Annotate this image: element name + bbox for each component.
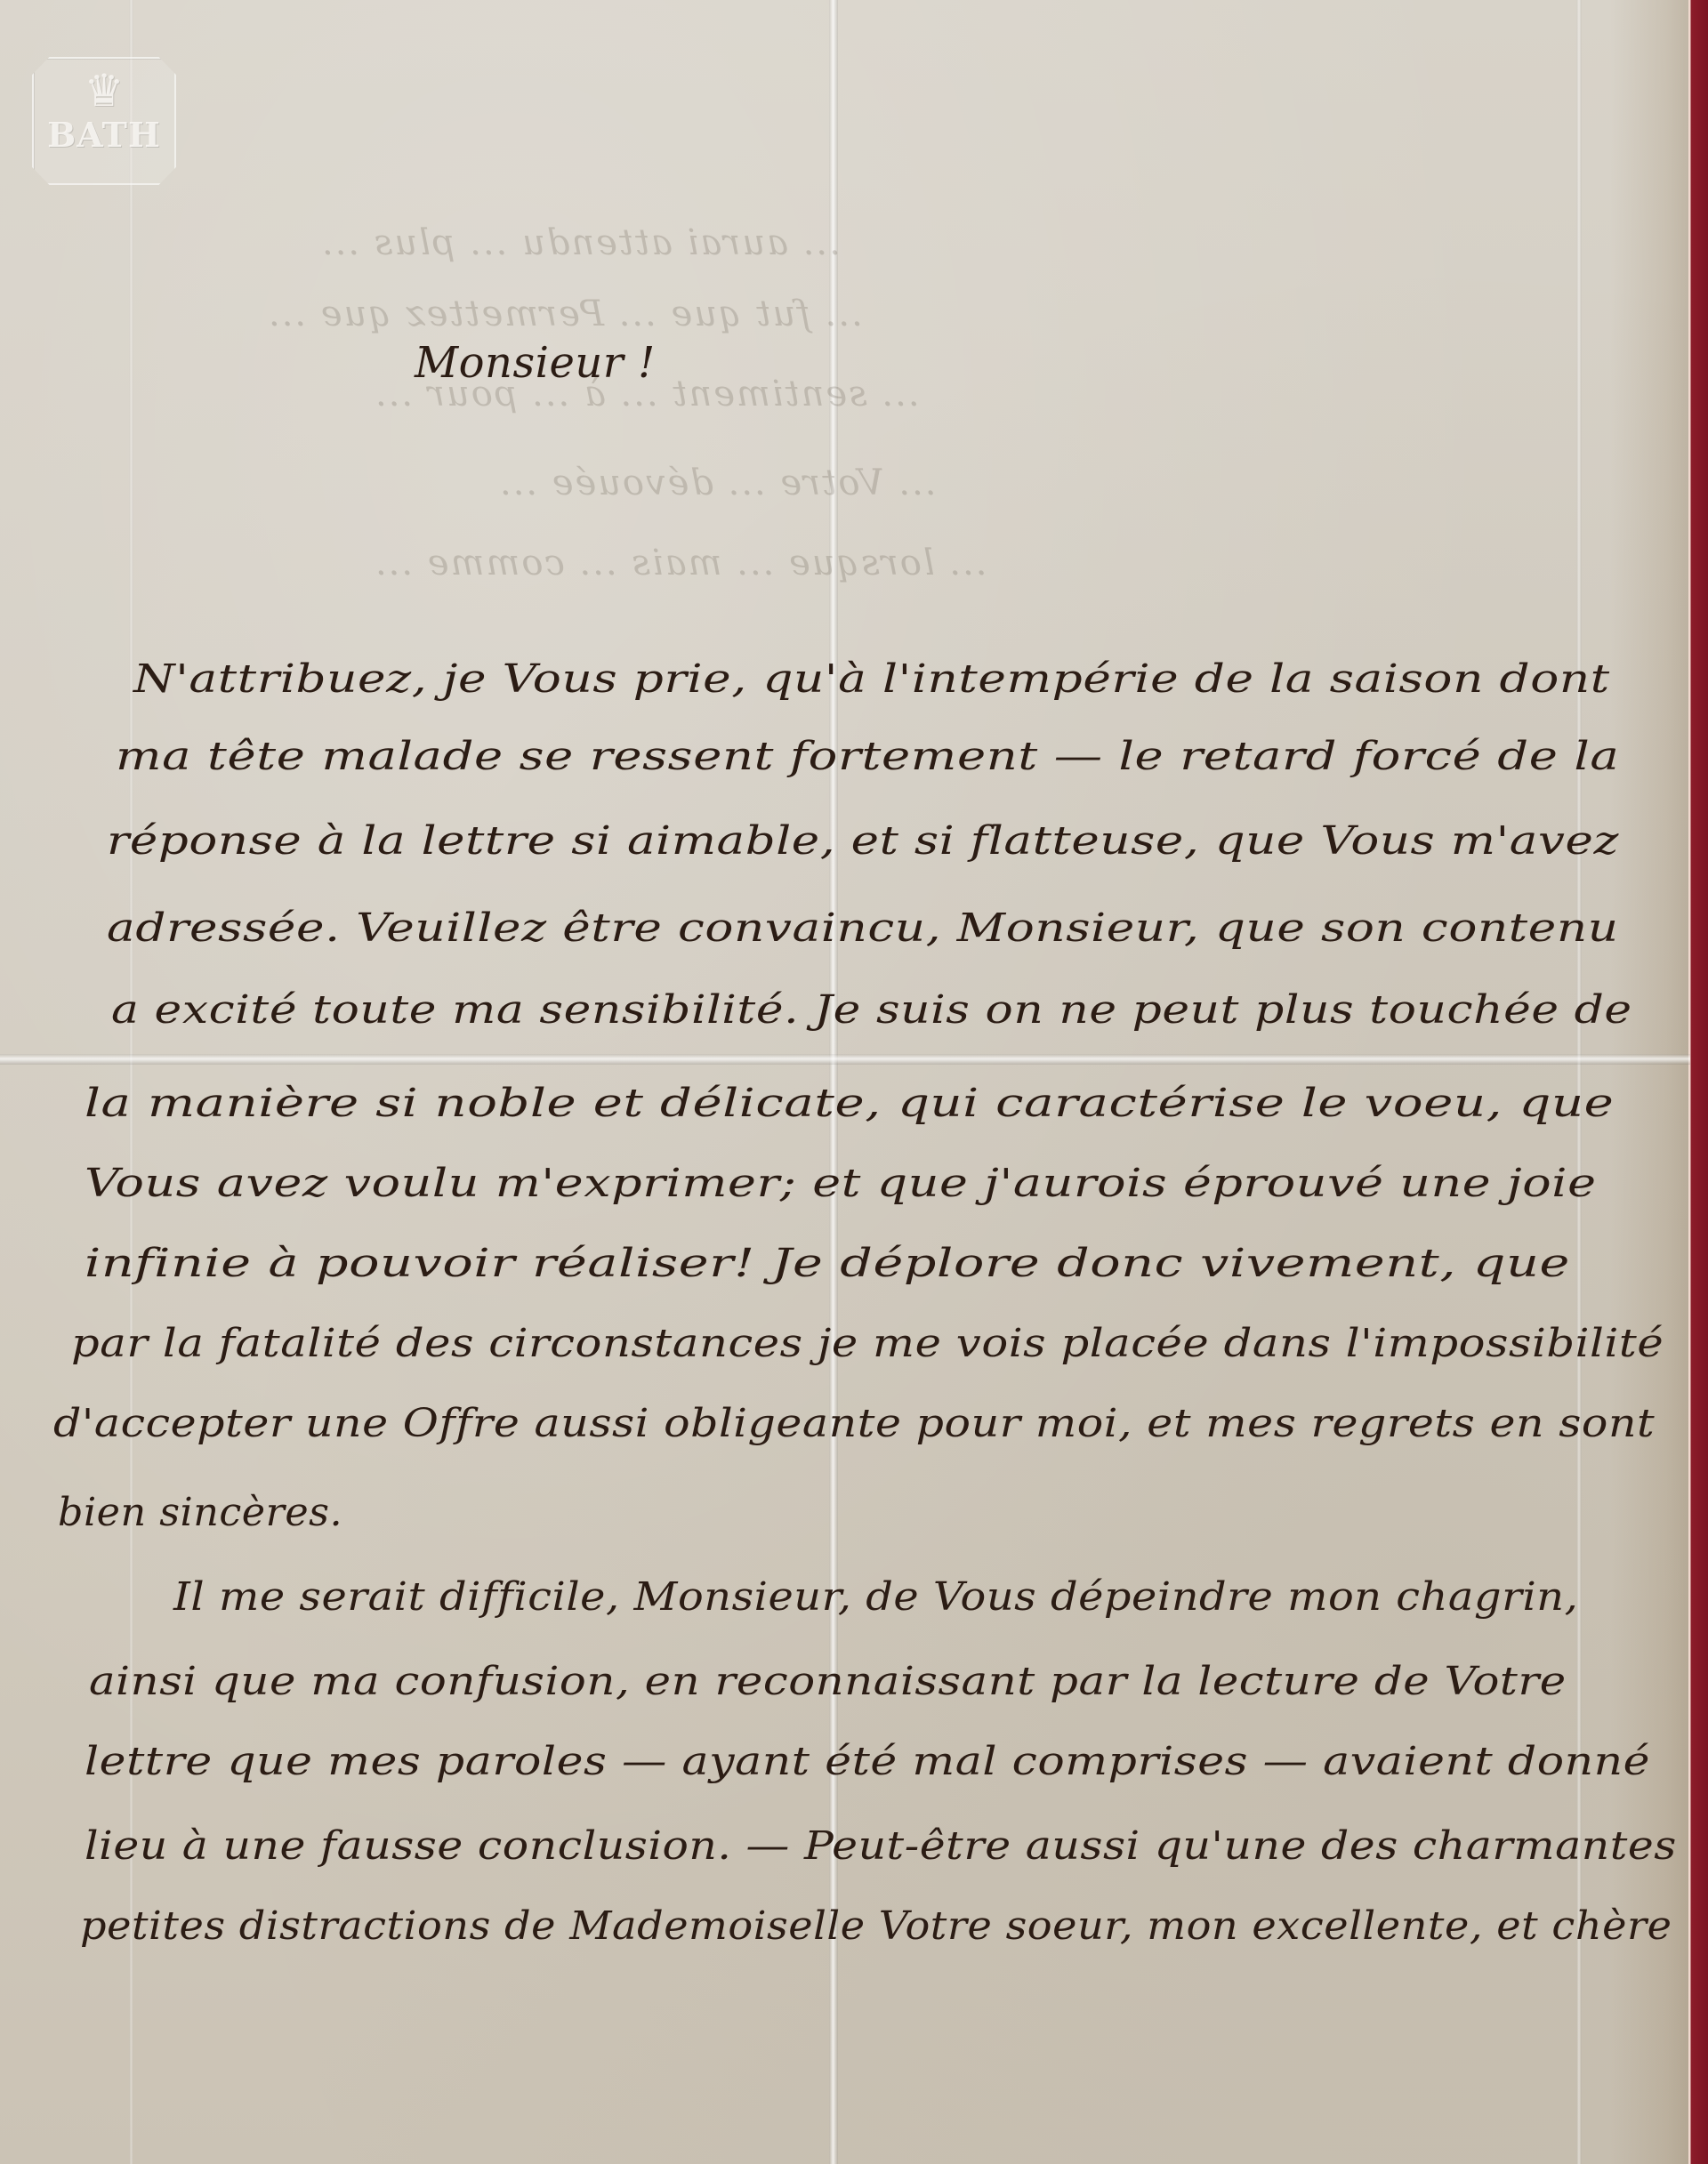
letter-line-7: Vous avez voulu m'exprimer; et que j'aur…	[85, 1161, 1597, 1206]
letter-line-9: par la fatalité des circonstances je me …	[71, 1321, 1664, 1366]
letter-line-5: a excité toute ma sensibilité. Je suis o…	[111, 987, 1632, 1033]
letter-line-1: N'attribuez, je Vous prie, qu'à l'intemp…	[133, 656, 1610, 702]
bleed-through-line: ... fut que ... Permettez que ...	[267, 294, 863, 334]
crown-icon: ♛	[34, 66, 174, 116]
letter-line-15: lieu à une fausse conclusion. — Peut-êtr…	[85, 1823, 1677, 1869]
red-background-edge	[1688, 0, 1708, 2164]
letter-line-14: lettre que mes paroles — ayant été mal c…	[85, 1739, 1650, 1784]
embossed-bath-stamp: ♛ BATH	[32, 57, 176, 185]
letter-line-16: petites distractions de Mademoiselle Vot…	[80, 1903, 1672, 1949]
bleed-through-line: ... lorsque ... mais ... comme ...	[374, 543, 987, 583]
letter-line-2: ma tête malade se ressent fortement — le…	[116, 734, 1619, 779]
salutation: Monsieur !	[415, 338, 656, 388]
fold-crease-horizontal	[0, 1054, 1690, 1065]
letter-line-6: la manière si noble et délicate, qui car…	[85, 1081, 1614, 1126]
letter-line-4: adressée. Veuillez être convaincu, Monsi…	[107, 905, 1619, 951]
letter-line-8: infinie à pouvoir réaliser! Je déplore d…	[85, 1241, 1570, 1286]
bleed-through-line: ... aurai attendu ... plus ...	[320, 222, 841, 263]
bleed-through-line: ... Votre ... dévouée ...	[498, 463, 937, 503]
letter-line-11: bien sincères.	[58, 1490, 342, 1535]
letter-line-3: réponse à la lettre si aimable, et si fl…	[107, 818, 1619, 864]
stamp-text: BATH	[34, 116, 174, 155]
letter-line-10: d'accepter une Offre aussi obligeante po…	[53, 1401, 1655, 1446]
letter-line-12: Il me serait difficile, Monsieur, de Vou…	[173, 1574, 1578, 1620]
letter-line-13: ainsi que ma confusion, en reconnaissant…	[89, 1659, 1567, 1704]
